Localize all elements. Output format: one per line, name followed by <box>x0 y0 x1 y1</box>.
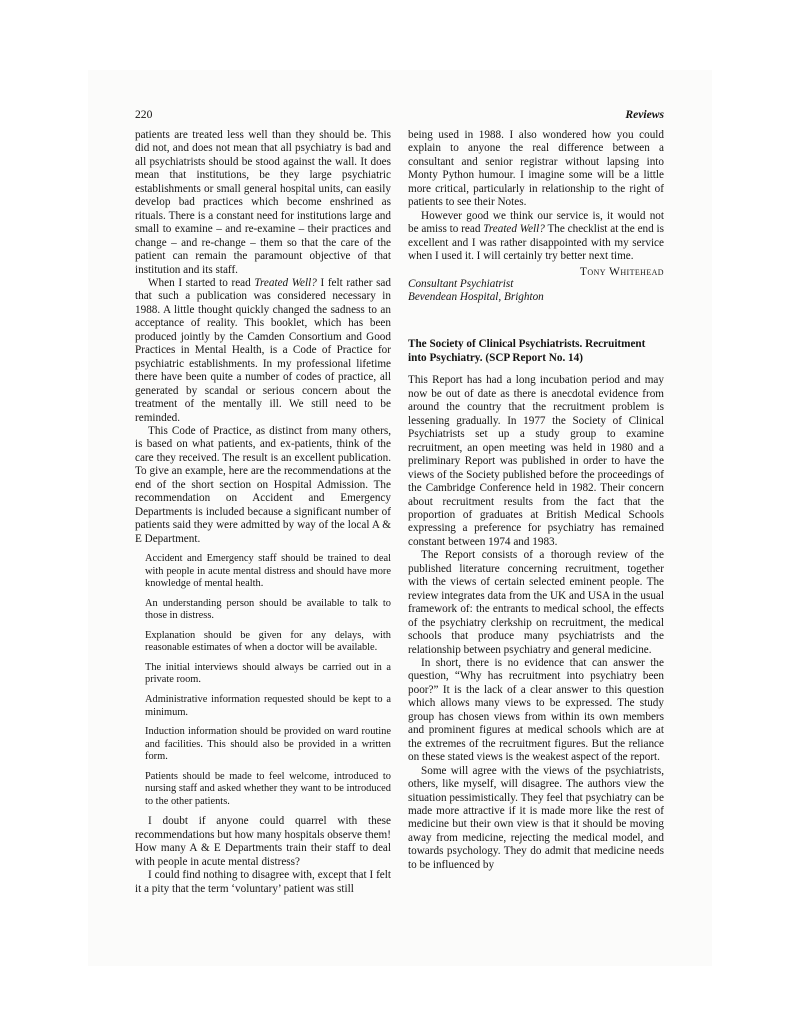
columns: patients are treated less well than they… <box>135 129 664 896</box>
body-paragraph: This Report has had a long incubation pe… <box>408 374 664 549</box>
recommendation-quote: Patients should be made to feel welcome,… <box>145 771 391 809</box>
body-paragraph: patients are treated less well than they… <box>135 129 391 277</box>
page-header: 220 Reviews <box>135 108 664 122</box>
recommendation-quote: An understanding person should be availa… <box>145 598 391 623</box>
body-paragraph: When I started to read Treated Well? I f… <box>135 277 391 425</box>
body-paragraph: The Report consists of a thorough review… <box>408 549 664 657</box>
left-column: patients are treated less well than they… <box>135 129 391 896</box>
recommendation-quote: Administrative information requested sho… <box>145 694 391 719</box>
running-head: Reviews <box>625 108 664 122</box>
body-paragraph: This Code of Practice, as distinct from … <box>135 425 391 546</box>
scan-page: 220 Reviews patients are treated less we… <box>88 70 712 966</box>
recommendation-quote: Induction information should be provided… <box>145 726 391 764</box>
body-paragraph: Some will agree with the views of the ps… <box>408 765 664 873</box>
body-paragraph: In short, there is no evidence that can … <box>408 657 664 765</box>
body-paragraph: I doubt if anyone could quarrel with the… <box>135 815 391 869</box>
body-paragraph: However good we think our service is, it… <box>408 210 664 264</box>
recommendation-quote: The initial interviews should always be … <box>145 662 391 687</box>
reviewer-byline: Consultant Psychiatrist <box>408 278 664 291</box>
journal-scan-canvas: 220 Reviews patients are treated less we… <box>0 0 800 1036</box>
reviewer-signature: Tony Whitehead <box>408 265 664 278</box>
body-paragraph: I could find nothing to disagree with, e… <box>135 869 391 896</box>
recommendation-quote: Explanation should be given for any dela… <box>145 630 391 655</box>
right-column: being used in 1988. I also wondered how … <box>408 129 664 896</box>
recommendation-quote: Accident and Emergency staff should be t… <box>145 553 391 591</box>
page-number: 220 <box>135 108 152 122</box>
review-section-heading: The Society of Clinical Psychiatrists. R… <box>408 338 664 366</box>
body-paragraph: being used in 1988. I also wondered how … <box>408 129 664 210</box>
text-area: 220 Reviews patients are treated less we… <box>135 108 664 896</box>
reviewer-byline: Bevendean Hospital, Brighton <box>408 291 664 304</box>
